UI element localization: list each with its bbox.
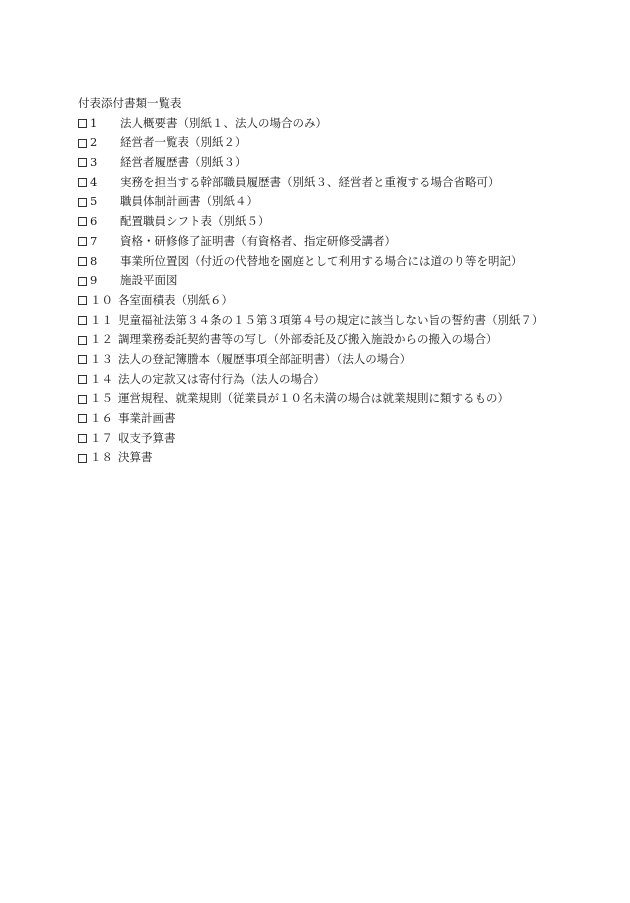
item-number: １０: [90, 291, 118, 311]
item-label: 法人の登記簿謄本（履歴事項全部証明書）（法人の場合）: [118, 350, 411, 370]
checkbox-icon[interactable]: [78, 414, 87, 423]
attachment-checklist: 1法人概要書（別紙１、法人の場合のみ） 2経営者一覧表（別紙２） 3経営者履歴書…: [78, 114, 598, 468]
checklist-item: １４法人の定款又は寄付行為（法人の場合）: [78, 370, 598, 390]
checklist-item: １０各室面積表（別紙６）: [78, 291, 598, 311]
item-label: 各室面積表（別紙６）: [118, 291, 233, 311]
document-page: 付表添付書類一覧表 1法人概要書（別紙１、法人の場合のみ） 2経営者一覧表（別紙…: [78, 94, 598, 468]
item-number: 7: [90, 232, 120, 252]
checklist-item: 6配置職員シフト表（別紙５）: [78, 212, 598, 232]
item-number: １２: [90, 330, 118, 350]
item-label: 児童福祉法第３４条の１５第３項第４号の規定に該当しない旨の誓約書（別紙７）: [118, 311, 544, 331]
checkbox-icon[interactable]: [78, 316, 87, 325]
item-number: １１: [90, 311, 118, 331]
item-number: １５: [90, 389, 118, 409]
checkbox-icon[interactable]: [78, 119, 87, 128]
item-label: 職員体制計画書（別紙４）: [120, 192, 258, 212]
checklist-item: １１児童福祉法第３４条の１５第３項第４号の規定に該当しない旨の誓約書（別紙７）: [78, 311, 598, 331]
checkbox-icon[interactable]: [78, 158, 87, 167]
checkbox-icon[interactable]: [78, 336, 87, 345]
checkbox-icon[interactable]: [78, 277, 87, 286]
checklist-item: １２調理業務委託契約書等の写し（外部委託及び搬入施設からの搬入の場合）: [78, 330, 598, 350]
checklist-item: 9施設平面図: [78, 271, 598, 291]
checklist-item: １５運営規程、就業規則（従業員が１０名未満の場合は就業規則に類するもの）: [78, 389, 598, 409]
item-label: 決算書: [118, 448, 153, 468]
checklist-item: １７収支予算書: [78, 429, 598, 449]
item-number: 6: [90, 212, 120, 232]
checklist-item: １６事業計画書: [78, 409, 598, 429]
document-title: 付表添付書類一覧表: [78, 94, 598, 114]
item-number: 8: [90, 252, 120, 272]
item-number: 2: [90, 133, 120, 153]
item-number: 1: [90, 114, 120, 134]
checkbox-icon[interactable]: [78, 257, 87, 266]
checklist-item: １８決算書: [78, 448, 598, 468]
item-number: 5: [90, 192, 120, 212]
item-number: １８: [90, 448, 118, 468]
item-label: 経営者一覧表（別紙２）: [120, 133, 247, 153]
item-label: 事業計画書: [118, 409, 176, 429]
item-label: 経営者履歴書（別紙３）: [120, 153, 247, 173]
checklist-item: 8事業所位置図（付近の代替地を園庭として利用する場合には道のり等を明記）: [78, 252, 598, 272]
checkbox-icon[interactable]: [78, 217, 87, 226]
item-number: 9: [90, 271, 120, 291]
checkbox-icon[interactable]: [78, 237, 87, 246]
item-number: １７: [90, 429, 118, 449]
checklist-item: 4実務を担当する幹部職員履歴書（別紙３、経営者と重複する場合省略可）: [78, 173, 598, 193]
item-number: 4: [90, 173, 120, 193]
item-label: 調理業務委託契約書等の写し（外部委託及び搬入施設からの搬入の場合）: [118, 330, 498, 350]
checklist-item: 5職員体制計画書（別紙４）: [78, 192, 598, 212]
item-label: 事業所位置図（付近の代替地を園庭として利用する場合には道のり等を明記）: [120, 252, 523, 272]
checklist-item: 2経営者一覧表（別紙２）: [78, 133, 598, 153]
item-number: 3: [90, 153, 120, 173]
checkbox-icon[interactable]: [78, 296, 87, 305]
checkbox-icon[interactable]: [78, 178, 87, 187]
item-number: １６: [90, 409, 118, 429]
item-label: 資格・研修修了証明書（有資格者、指定研修受講者）: [120, 232, 396, 252]
item-label: 収支予算書: [118, 429, 176, 449]
checkbox-icon[interactable]: [78, 375, 87, 384]
checkbox-icon[interactable]: [78, 139, 87, 148]
checkbox-icon[interactable]: [78, 395, 87, 404]
item-label: 実務を担当する幹部職員履歴書（別紙３、経営者と重複する場合省略可）: [120, 173, 500, 193]
checklist-item: 1法人概要書（別紙１、法人の場合のみ）: [78, 114, 598, 134]
checklist-item: １３法人の登記簿謄本（履歴事項全部証明書）（法人の場合）: [78, 350, 598, 370]
checklist-item: 7資格・研修修了証明書（有資格者、指定研修受講者）: [78, 232, 598, 252]
checkbox-icon[interactable]: [78, 434, 87, 443]
checkbox-icon[interactable]: [78, 198, 87, 207]
item-number: １４: [90, 370, 118, 390]
item-label: 配置職員シフト表（別紙５）: [120, 212, 270, 232]
checkbox-icon[interactable]: [78, 355, 87, 364]
item-label: 施設平面図: [120, 271, 178, 291]
item-label: 運営規程、就業規則（従業員が１０名未満の場合は就業規則に類するもの）: [118, 389, 509, 409]
checklist-item: 3経営者履歴書（別紙３）: [78, 153, 598, 173]
item-label: 法人の定款又は寄付行為（法人の場合）: [118, 370, 325, 390]
item-label: 法人概要書（別紙１、法人の場合のみ）: [120, 114, 327, 134]
checkbox-icon[interactable]: [78, 454, 87, 463]
item-number: １３: [90, 350, 118, 370]
